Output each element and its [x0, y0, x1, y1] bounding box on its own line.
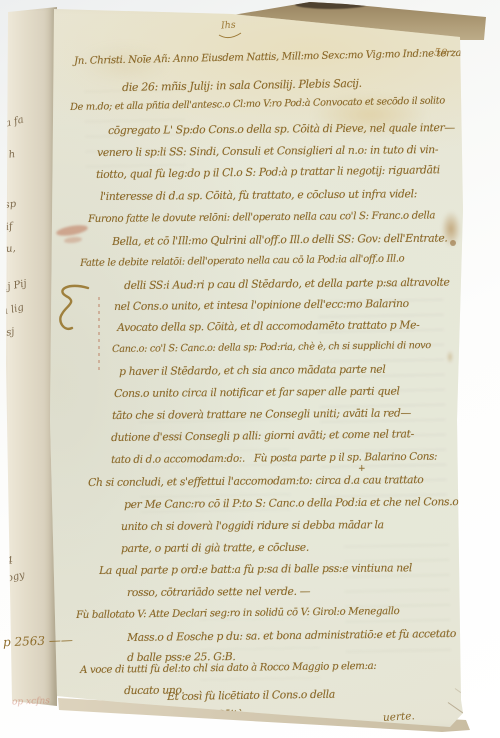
- manuscript-line: Bella, et cō l'Ill:mo Qulrini all'off.o …: [112, 233, 447, 247]
- page-behind-dark-spot: [295, 0, 367, 9]
- edge-text-fragment: uu,: [6, 243, 16, 256]
- red-chalk-smudge: [64, 236, 83, 244]
- edge-text-fragment: a lig: [6, 302, 25, 318]
- manuscript-line: tāto che si doverà trattare ne Consegli …: [112, 408, 411, 421]
- manuscript-line: Fatte le debite relatōi: dell'operato ne…: [80, 254, 404, 269]
- edge-text-fragment: tif: [6, 221, 14, 234]
- edge-text-fragment: usj: [6, 326, 15, 339]
- edge-text-fragment: l fogy: [6, 570, 26, 587]
- manuscript-line: A voce di tutti fù del:to chl sia dato à…: [80, 662, 377, 676]
- manuscript-line: d balle pss:e 25. G:B.: [127, 652, 235, 664]
- manuscript-page: Ihs 58 Jn. Christi. Noīe Añ: Anno Eiusde…: [0, 0, 500, 738]
- manuscript-line: rosso, cōtrariādo sette nel verde. —: [127, 587, 310, 599]
- verte-note: uerte.: [383, 710, 415, 724]
- facing-page-edge: a la fahsptifuu,Rij Pija ligusj4l fogy: [6, 4, 57, 706]
- edge-text-fragment: 4: [6, 555, 13, 567]
- edge-text-fragment: Rij Pij: [6, 278, 28, 295]
- manuscript-line: p haver il Stēdardo, et ch sia anco māda…: [119, 365, 385, 378]
- manuscript-line: parte, o parti di già tratte, e cōcluse.: [121, 543, 309, 555]
- manuscript-line: venero li sp:li SS: Sindi, Consuli et Co…: [97, 145, 438, 159]
- manuscript-photo: a la fahsptifuu,Rij Pija ligusj4l fogy I…: [0, 0, 500, 738]
- manuscript-line: Et così fù licētiato il Cons.o della: [167, 690, 335, 703]
- red-chalk-smudge: [55, 223, 88, 237]
- edge-text-fragment: a la fa: [6, 114, 25, 132]
- monogram-flourish: [217, 30, 243, 40]
- manuscript-line: Cons.o unito circa il notificar et far s…: [114, 387, 400, 400]
- manuscript-line: Furono fatte le dovute relōni: dell'oper…: [88, 211, 435, 225]
- margin-squiggle-mark: [54, 282, 92, 336]
- manuscript-line: tiotto, qual fù leg:do p il Cl.o S: Pod:…: [96, 165, 440, 181]
- margin-tally-note: p 2563 ——: [3, 633, 73, 649]
- fold-crease: [455, 688, 480, 706]
- manuscript-line: l'interesse di d.a sp. Cōità, fù trattat…: [100, 189, 417, 203]
- paper-stain: [290, 85, 450, 145]
- manuscript-line: unito ch si doverà l'oggidi ridure si de…: [121, 520, 384, 533]
- red-dotted-mark: [98, 297, 100, 371]
- red-showthrough-fragment: op xcfns: [12, 696, 50, 707]
- edge-text-fragment: sp: [6, 199, 17, 211]
- paper-stain: [445, 348, 455, 366]
- edge-text-fragment: h: [8, 149, 16, 161]
- ink-spot: [450, 240, 456, 246]
